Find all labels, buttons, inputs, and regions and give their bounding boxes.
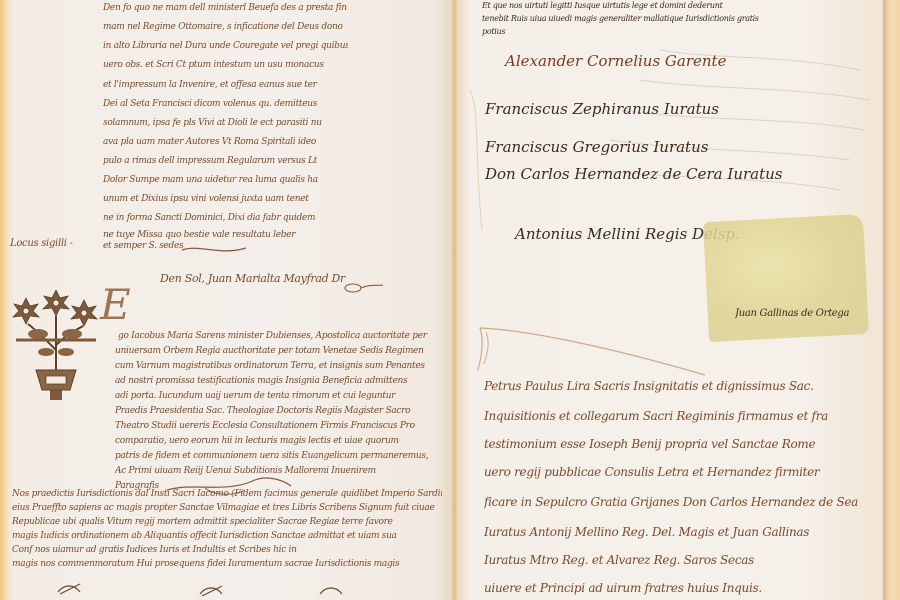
right-page-edge <box>883 0 900 600</box>
flourish-icon <box>180 242 250 256</box>
text-line: ne in forma Sancti Dominici, Dixi dia fa… <box>103 212 348 224</box>
text-line: Petrus Paulus Lira Sacris Insignitatis e… <box>484 378 874 394</box>
text-line: tenebit Ruis uiua uiuedi magis generalit… <box>482 13 872 25</box>
text-line: ad nostri promissa testificationis magis… <box>115 375 428 387</box>
text-line: Nos praedictis Iurisdictionis dal Insti … <box>12 488 442 500</box>
text-line: Et que nos uirtuti legitti Iusque uirtut… <box>482 0 872 12</box>
text-line: in alto Libraria nel Dura unde Couregate… <box>103 40 348 52</box>
decorated-initial: E <box>100 280 131 329</box>
text-line: Dei al Seta Francisci dicom volenus qu. … <box>103 98 348 110</box>
signature: Alexander Cornelius Garente <box>505 52 726 70</box>
text-line: Inquisitionis et collegarum Sacri Regimi… <box>484 408 874 424</box>
text-line: eius Praeffto sapiens ac magis propter S… <box>12 502 442 514</box>
paper-seal-patch <box>703 214 869 342</box>
text-line: Iuratus Mtro Reg. et Alvarez Reg. Saros … <box>484 552 874 568</box>
text-line: patris de fidem et communionem uera siti… <box>115 450 428 462</box>
text-line: Theatro Studii uereris Ecclesia Consulta… <box>115 420 428 432</box>
flourish-icon <box>335 280 385 296</box>
text-line: unum et Dixius ipsu vini volensi juxta u… <box>103 193 348 205</box>
text-line: solamnum, ipsa fe pls Vivi at Dioli le e… <box>103 117 348 129</box>
text-line: cum Varnum magistratibus ordinatorum Ter… <box>115 360 428 372</box>
text-line: Praedis Praesidentia Sac. Theologiae Doc… <box>115 405 428 417</box>
quill-flourish-icon <box>470 320 710 380</box>
seal-signature: Juan Gallinas de Ortega <box>735 308 865 320</box>
text-line: go Iacobus Maria Sarens minister Dubiens… <box>118 330 428 342</box>
text-line: Den fo quo ne mam dell ministerl Beuefa … <box>103 2 348 14</box>
text-line: mam nel Regime Ottomaire, s inficatione … <box>103 21 348 33</box>
text-line: adi porta. Iucundum uaij uerum de tenta … <box>115 390 428 402</box>
flourish-icon <box>50 580 350 600</box>
signature: Don Carlos Hernandez de Cera Iuratus <box>485 165 782 183</box>
text-line: magis Iudicis ordinationem ab Aliquantis… <box>12 530 442 542</box>
text-line: uniuersam Orbem Regia aucthoritate per t… <box>115 345 428 357</box>
binding-gutter <box>452 0 457 600</box>
text-line: pulo a rimas dell impressum Regularum ve… <box>103 155 348 167</box>
text-line: Dolor Sumpe mam una uidetur rea luma qua… <box>103 174 348 186</box>
text-line: comparatio, uero eorum hii in lecturis m… <box>115 435 428 447</box>
margin-note: Locus sigilli - <box>10 238 100 250</box>
tree-in-vase-emblem-icon <box>6 290 100 410</box>
text-line: et l'impressum la Invenire, et offesa ea… <box>103 79 348 91</box>
text-line: Republicae ubi qualis Vitum regij mortem… <box>12 516 442 528</box>
text-line: uiuere et Principi ad uirum fratres huiu… <box>484 580 874 596</box>
text-line: uero obs. et Scri Ct ptum intestum un us… <box>103 59 348 71</box>
signature: Franciscus Zephiranus Iuratus <box>485 100 719 118</box>
text-line: ficare in Sepulcro Gratia Grijanes Don C… <box>484 494 874 510</box>
section-heading: Den Sol, Juan Marialta Mayfrad Dr <box>160 273 350 285</box>
text-line: ava pla uam mater Autores Vt Roma Spirit… <box>103 136 348 148</box>
signature: Franciscus Gregorius Iuratus <box>485 138 708 156</box>
text-line: magis nos commenmoratum Hui prosequens f… <box>12 558 442 570</box>
text-line: uero regij pubblicae Consulis Letra et H… <box>484 464 874 480</box>
text-line: testimonium esse Ioseph Benij propria ve… <box>484 436 874 452</box>
text-line: Conf nos uiamur ad gratis Iudices Iuris … <box>12 544 442 556</box>
text-line: Iuratus Antonij Mellino Reg. Del. Magis … <box>484 524 874 540</box>
